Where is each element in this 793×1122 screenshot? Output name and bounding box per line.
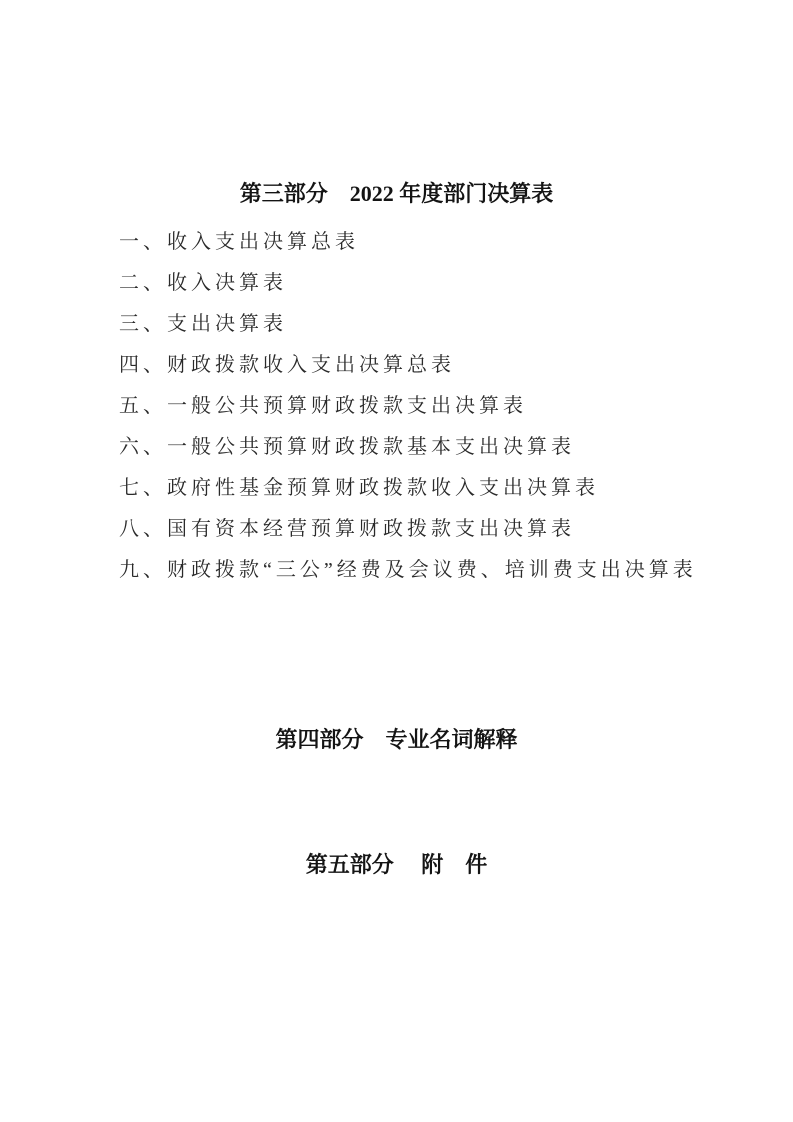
toc-list: 一、收入支出决算总表 二、收入决算表 三、支出决算表 四、财政拨款收入支出决算总… xyxy=(119,222,793,591)
toc-item-4: 四、财政拨款收入支出决算总表 xyxy=(119,345,793,386)
toc-item-9: 九、财政拨款“三公”经费及会议费、培训费支出决算表 xyxy=(119,550,793,591)
section-five-heading: 第五部分 附 件 xyxy=(0,852,793,878)
toc-item-5: 五、一般公共预算财政拨款支出决算表 xyxy=(119,386,793,427)
toc-item-8: 八、国有资本经营预算财政拨款支出决算表 xyxy=(119,509,793,550)
toc-item-6: 六、一般公共预算财政拨款基本支出决算表 xyxy=(119,427,793,468)
section-three-heading: 第三部分 2022 年度部门决算表 xyxy=(0,0,793,206)
section-four-heading: 第四部分 专业名词解释 xyxy=(0,727,793,753)
toc-item-1: 一、收入支出决算总表 xyxy=(119,222,793,263)
toc-item-3: 三、支出决算表 xyxy=(119,304,793,345)
toc-item-2: 二、收入决算表 xyxy=(119,263,793,304)
document-page: 第三部分 2022 年度部门决算表 一、收入支出决算总表 二、收入决算表 三、支… xyxy=(0,0,793,1122)
toc-item-7: 七、政府性基金预算财政拨款收入支出决算表 xyxy=(119,468,793,509)
